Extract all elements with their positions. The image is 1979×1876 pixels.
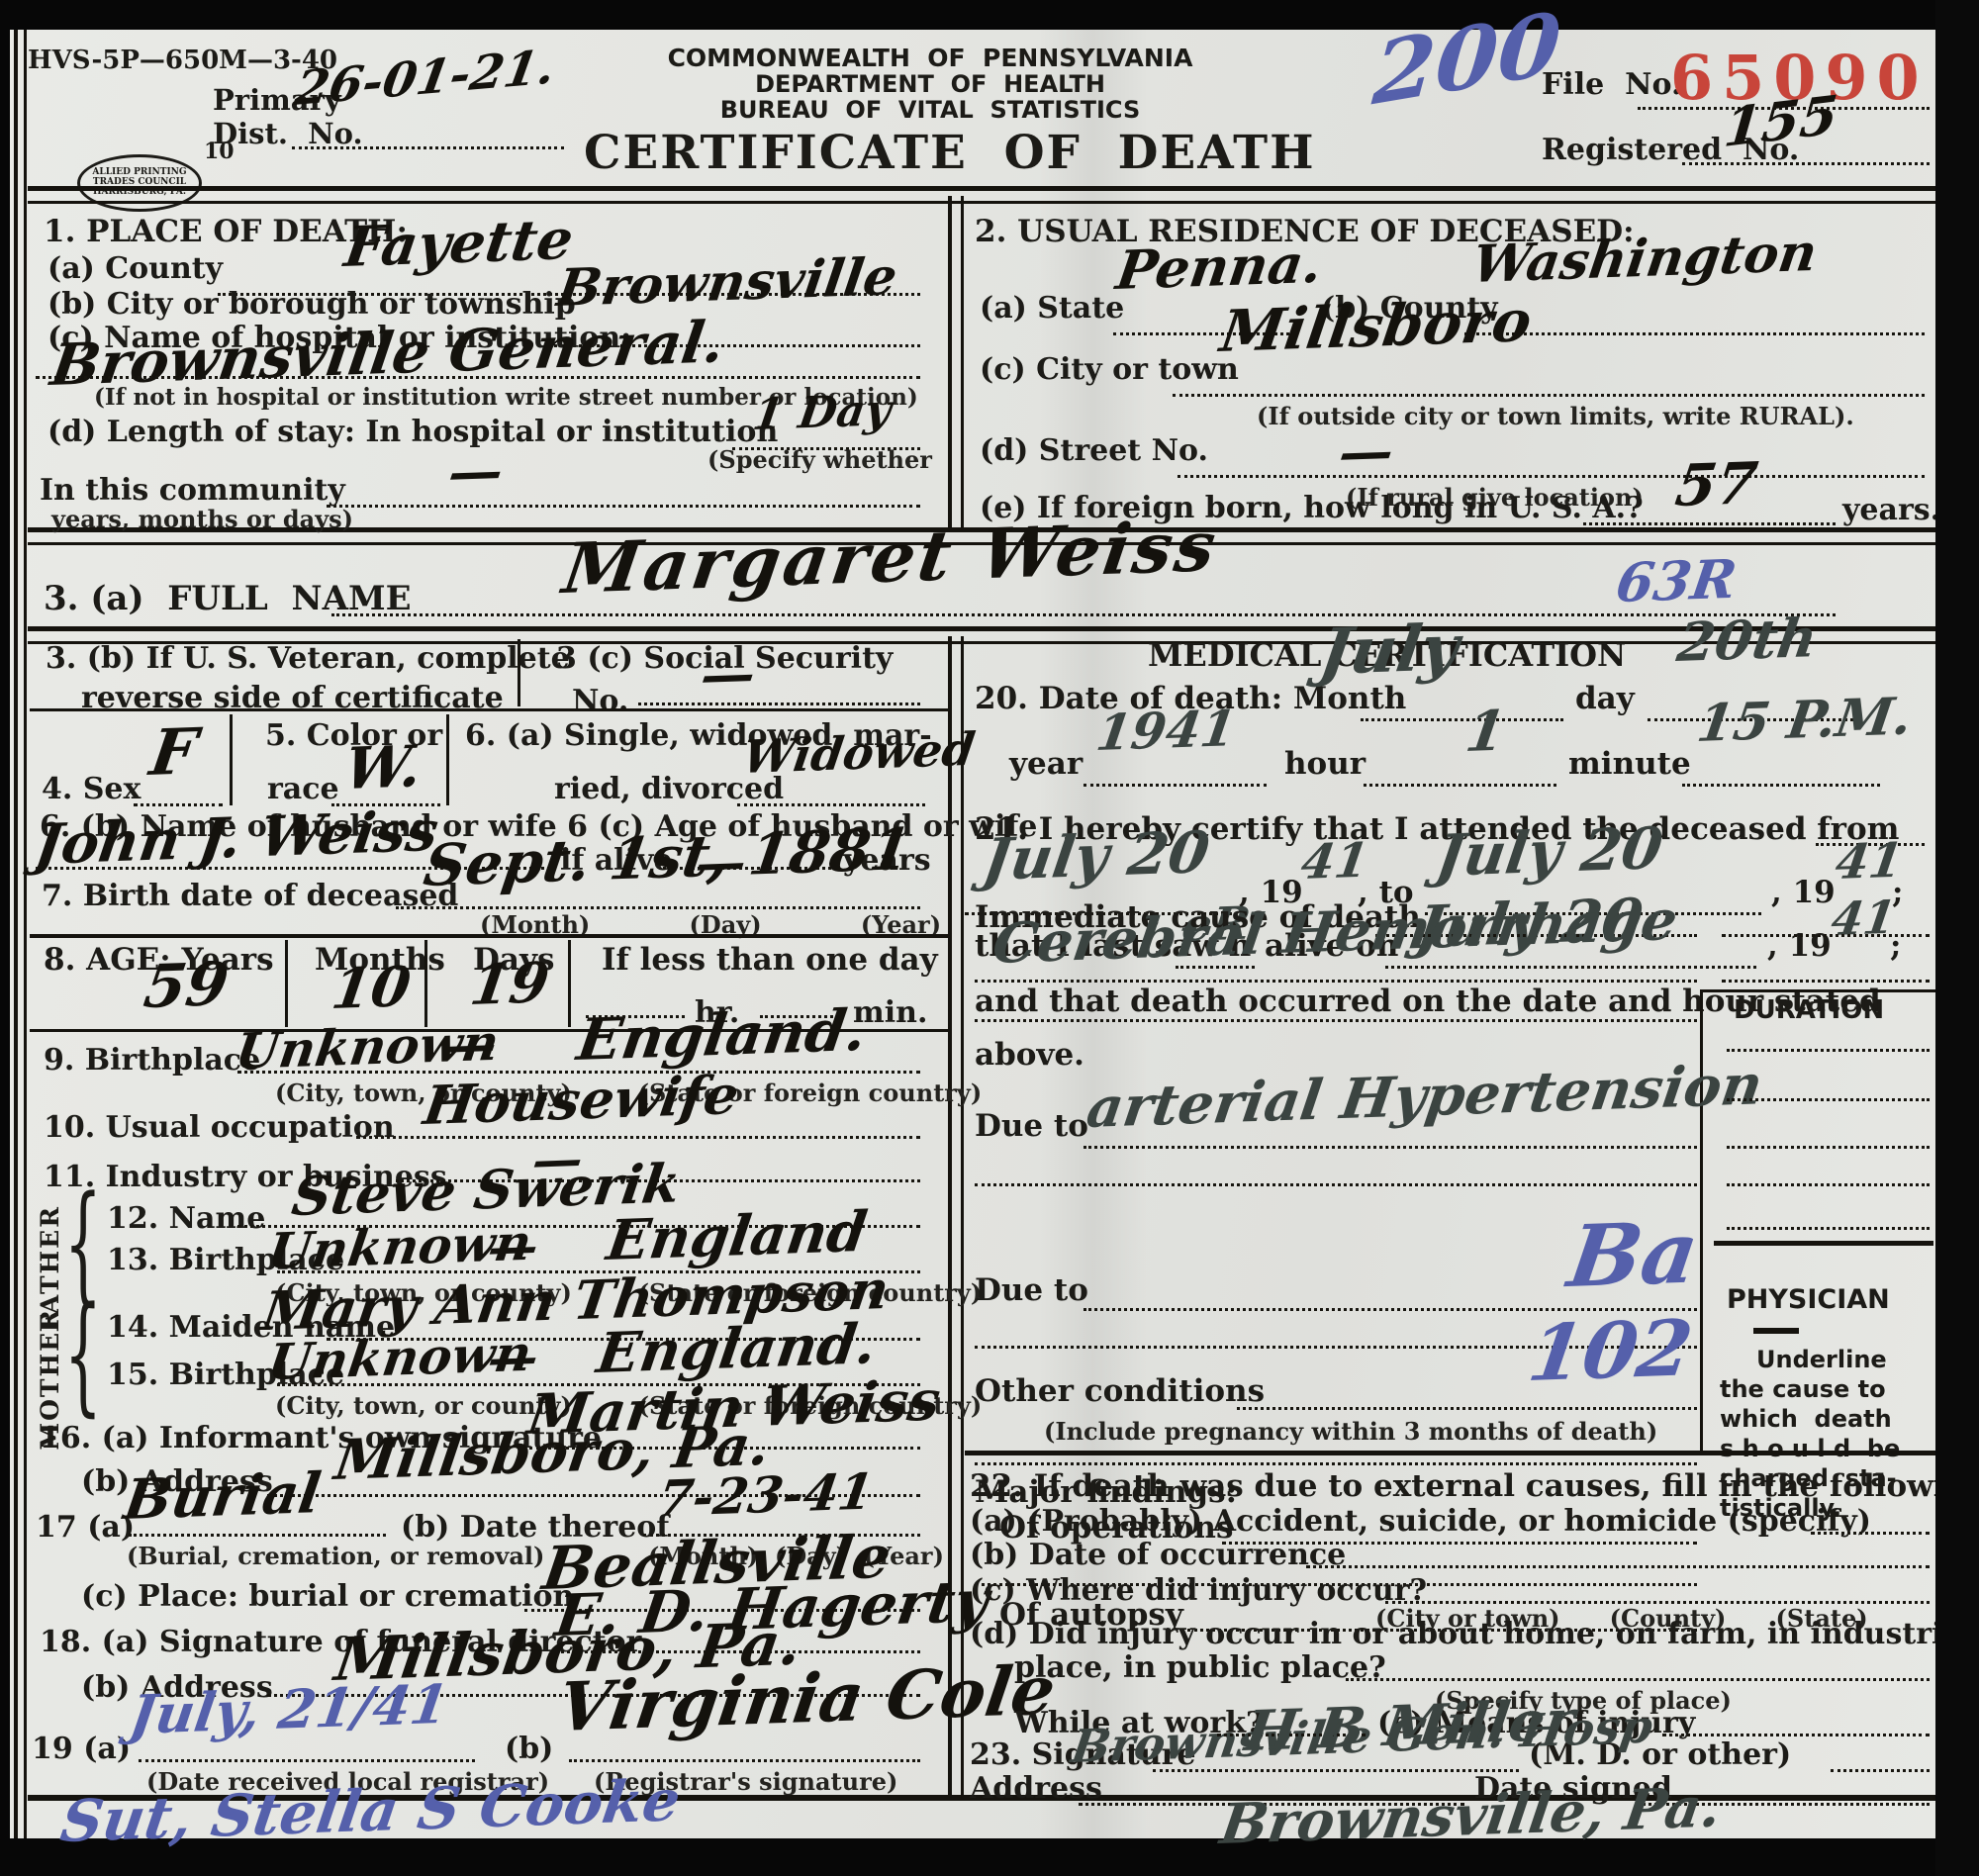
fullname-margin-note: 63R bbox=[1613, 552, 1740, 610]
race-label: race bbox=[267, 774, 339, 805]
father-name-label: 12. Name bbox=[107, 1203, 265, 1235]
duration-top-rule bbox=[1700, 989, 1937, 992]
dept-line1: COMMONWEALTH OF PENNSYLVANIA bbox=[633, 46, 1227, 71]
dist-no-line bbox=[292, 146, 564, 149]
death-certificate-scan: HVS-5P—650M—3-40 Primary Dist. No. 26-01… bbox=[0, 0, 1979, 1876]
county-label: (a) County bbox=[47, 253, 223, 285]
community-line bbox=[327, 505, 920, 508]
registered-no-value-handwriting: 155 bbox=[1722, 88, 1840, 154]
residence-county-value-handwriting: Washington bbox=[1469, 228, 1820, 291]
residence-county-line bbox=[1464, 332, 1925, 335]
registrar-date-line bbox=[139, 1759, 475, 1762]
due-to-1-label: Due to bbox=[975, 1110, 1088, 1143]
physician-address-city-handwriting: Brownsville, Pa. bbox=[1217, 1780, 1725, 1852]
form-dotted-line-0 bbox=[1346, 1678, 1930, 1681]
form-dotted-line-4 bbox=[1831, 1769, 1930, 1772]
dist-no-label: Dist. No. bbox=[213, 119, 363, 148]
birthdate-line bbox=[396, 906, 920, 909]
race-value-handwriting: W. bbox=[341, 737, 425, 797]
birthplace-dash-handwriting: — bbox=[443, 1019, 500, 1071]
registrar-date-handwriting: July, 21/41 bbox=[127, 1677, 452, 1741]
burial-date-handwriting: 7-23-41 bbox=[655, 1467, 877, 1524]
death-minute-line bbox=[1682, 784, 1880, 787]
community-value-handwriting: — bbox=[445, 443, 507, 499]
foreign-born-suffix: years. bbox=[1842, 495, 1940, 526]
state-label: (a) State bbox=[980, 293, 1124, 325]
other-conditions-line bbox=[1237, 1407, 1697, 1410]
other-conditions-blue-annotation: 102 bbox=[1524, 1310, 1697, 1393]
registrar-label-b: (b) bbox=[505, 1734, 553, 1765]
duration-stub-6 bbox=[1727, 1183, 1930, 1186]
attended-from-handwriting: July 20 bbox=[980, 823, 1213, 889]
duration-stub-2 bbox=[1722, 980, 1930, 983]
death-hour-handwriting: 1 bbox=[1462, 703, 1509, 760]
age-divider-2 bbox=[424, 940, 427, 1027]
to-19-literal: , 19 bbox=[1771, 877, 1836, 909]
birthplace-value2-handwriting: England. bbox=[574, 1001, 870, 1069]
registrar-label-a: 19 (a) bbox=[32, 1734, 131, 1765]
left-border-line bbox=[14, 30, 18, 1838]
death-month-line bbox=[1361, 718, 1563, 721]
age-less-label: If less than one day bbox=[602, 944, 938, 977]
cause-blank-line-1 bbox=[975, 1019, 1697, 1022]
duration-stub-3 bbox=[1727, 1049, 1930, 1052]
external-b-line bbox=[1306, 1565, 1930, 1568]
father-birthplace-dash-handwriting: — bbox=[485, 1221, 541, 1272]
county-value-handwriting: Fayette bbox=[341, 212, 577, 275]
occupation-label: 10. Usual occupation bbox=[44, 1112, 395, 1144]
external-section-rule bbox=[965, 1451, 1935, 1455]
immediate-cause-line-b bbox=[975, 980, 1697, 983]
column-divider-top bbox=[948, 196, 964, 529]
street-value-handwriting: — bbox=[1336, 423, 1397, 479]
community-note: years, months or days) bbox=[51, 507, 353, 531]
residence-city-label: (c) City or town bbox=[980, 354, 1239, 386]
stay-value-handwriting: 1 Day bbox=[750, 389, 894, 437]
death-year-label: year bbox=[1009, 748, 1083, 781]
external-heading: 22. If death was due to external causes,… bbox=[970, 1470, 1979, 1503]
external-b-label: (b) Date of occurrence bbox=[970, 1540, 1346, 1571]
above-label: above. bbox=[975, 1039, 1084, 1072]
death-minute-label: minute bbox=[1568, 748, 1691, 781]
burial-type-line bbox=[129, 1534, 386, 1537]
age-years-value-handwriting: 59 bbox=[141, 955, 232, 1017]
birthdate-value-handwriting: Sept. 1st, 1881 bbox=[421, 820, 914, 894]
death-month-handwriting: July bbox=[1316, 616, 1462, 685]
burial-type-note: (Burial, cremation, or removal) bbox=[127, 1544, 544, 1568]
fullname-line bbox=[331, 613, 1836, 616]
foreign-born-line bbox=[1583, 522, 1836, 525]
findings-blank-line bbox=[975, 1462, 1697, 1465]
color-marital-divider bbox=[446, 714, 449, 805]
community-label: In this community bbox=[40, 475, 345, 507]
age-section-top-rule bbox=[30, 934, 948, 938]
external-a-line bbox=[1811, 1532, 1930, 1535]
death-year-handwriting: 1941 bbox=[1093, 703, 1239, 758]
age-months-value-handwriting: 10 bbox=[329, 959, 414, 1017]
street-line bbox=[1178, 475, 1925, 478]
physician-signature-handwriting: H B Miller bbox=[1242, 1693, 1578, 1759]
duration-label: DURATION bbox=[1734, 997, 1884, 1024]
attended-to-handwriting: July 20 bbox=[1433, 819, 1666, 885]
physician-note-4: s h o u l d be bbox=[1720, 1437, 1900, 1461]
physician-label: PHYSICIAN bbox=[1727, 1286, 1890, 1314]
due-to-1-line bbox=[1084, 1146, 1697, 1149]
external-c-label: (c) Where did injury occur? bbox=[970, 1575, 1427, 1607]
veteran-row-rule bbox=[30, 708, 948, 711]
physician-note-3: which death bbox=[1720, 1407, 1892, 1432]
physician-note-2: the cause to bbox=[1720, 1377, 1886, 1402]
death-minute-handwriting: 15 P.M. bbox=[1694, 692, 1915, 750]
age-divider-1 bbox=[285, 940, 288, 1027]
external-d-label-2: place, in public place? bbox=[1014, 1652, 1386, 1684]
duration-stub-7 bbox=[1727, 1227, 1930, 1230]
death-hour-line bbox=[1364, 784, 1556, 787]
other-conditions-note: (Include pregnancy within 3 months of de… bbox=[1044, 1419, 1657, 1444]
veteran-label-1: 3. (b) If U. S. Veteran, complete bbox=[46, 643, 570, 675]
physician-dash bbox=[1753, 1328, 1799, 1334]
age-divider-3 bbox=[568, 940, 571, 1027]
form-dotted-line-2 bbox=[1662, 1734, 1930, 1736]
occupation-line bbox=[356, 1136, 920, 1139]
header-divider bbox=[28, 186, 1935, 204]
seal-number: 10 bbox=[204, 141, 235, 163]
sex-label: 4. Sex bbox=[42, 774, 141, 805]
burial-place-label: (c) Place: burial or cremation bbox=[81, 1581, 574, 1613]
form-code: HVS-5P—650M—3-40 bbox=[28, 47, 337, 74]
stay-note: (Specify whether bbox=[707, 447, 932, 472]
hospital-line bbox=[36, 376, 920, 379]
due-to-2-blue-annotation: Ba bbox=[1563, 1211, 1703, 1300]
city-borough-value-handwriting: Brownsville bbox=[554, 251, 900, 315]
death-day-handwriting: 20th bbox=[1674, 610, 1821, 669]
marital-line bbox=[737, 803, 925, 806]
mother-brace: { bbox=[64, 1280, 102, 1430]
age-days-value-handwriting: 19 bbox=[467, 955, 552, 1013]
due-to-2-label: Due to bbox=[975, 1274, 1088, 1307]
residence-city-value-handwriting: Millsboro bbox=[1217, 292, 1535, 360]
external-d-label-1: (d) Did injury occur in or about home, o… bbox=[970, 1619, 1973, 1650]
scan-right-shadow bbox=[1935, 0, 1979, 1876]
death-day-label: day bbox=[1575, 683, 1635, 715]
death-hour-label: hour bbox=[1284, 748, 1366, 781]
sex-color-divider bbox=[230, 714, 233, 805]
registrar-signature-line bbox=[569, 1759, 920, 1762]
sig23-address-label: Address bbox=[970, 1773, 1102, 1805]
certificate-title: CERTIFICATE OF DEATH bbox=[584, 129, 1276, 177]
occupation-value-handwriting: Housewife bbox=[421, 1068, 742, 1132]
street-label: (d) Street No. bbox=[980, 435, 1208, 467]
veteran-ssn-divider bbox=[518, 639, 520, 706]
ssn-label-2: No. bbox=[572, 686, 628, 717]
sex-value-handwriting: F bbox=[146, 720, 201, 786]
duration-stub-5 bbox=[1727, 1146, 1930, 1149]
form-dotted-line-3 bbox=[1153, 1769, 1519, 1772]
residence-city-line bbox=[1173, 394, 1925, 397]
foreign-born-value-handwriting: 57 bbox=[1672, 454, 1760, 515]
burial-type-handwriting: Burial bbox=[121, 1465, 324, 1528]
ssn-line bbox=[638, 703, 920, 705]
birthplace-label: 9. Birthplace bbox=[44, 1045, 260, 1077]
lastsaw-line bbox=[1385, 966, 1756, 969]
other-conditions-label: Other conditions bbox=[975, 1375, 1265, 1408]
marital-value-handwriting: Widowed bbox=[740, 726, 978, 780]
dept-line2: DEPARTMENT OF HEALTH bbox=[633, 72, 1227, 97]
fullname-label: 3. (a) FULL NAME bbox=[44, 582, 412, 617]
ssn-value-handwriting: — bbox=[698, 646, 759, 702]
physician-note-1: Underline bbox=[1756, 1348, 1887, 1372]
dept-line3: BUREAU OF VITAL STATISTICS bbox=[633, 98, 1227, 123]
duration-stub-4 bbox=[1727, 1098, 1930, 1101]
fullname-value-handwriting: Margaret Weiss bbox=[559, 512, 1223, 604]
left-border-line bbox=[24, 30, 27, 1838]
state-value-handwriting: Penna. bbox=[1113, 236, 1326, 297]
external-a-label: (a) (Probably) Accident, suicide, or hom… bbox=[970, 1506, 1871, 1538]
duration-stub-1 bbox=[1722, 934, 1930, 937]
registered-no-line bbox=[1682, 162, 1930, 165]
father-birthplace-value2-handwriting: England bbox=[604, 1204, 870, 1268]
death-year-line bbox=[1084, 784, 1267, 787]
duration-heavy-stub bbox=[1714, 1241, 1933, 1246]
stay-label: (d) Length of stay: In hospital or insti… bbox=[47, 417, 778, 448]
cause-blank-line-2 bbox=[975, 1183, 1697, 1186]
spouse-value-handwriting: John J. Weiss bbox=[32, 803, 441, 873]
registrar-signature-handwriting: Virginia Cole bbox=[554, 1657, 1060, 1741]
mother-birthplace-dash-handwriting: — bbox=[485, 1332, 541, 1383]
file-no-label: File No. bbox=[1542, 69, 1681, 101]
